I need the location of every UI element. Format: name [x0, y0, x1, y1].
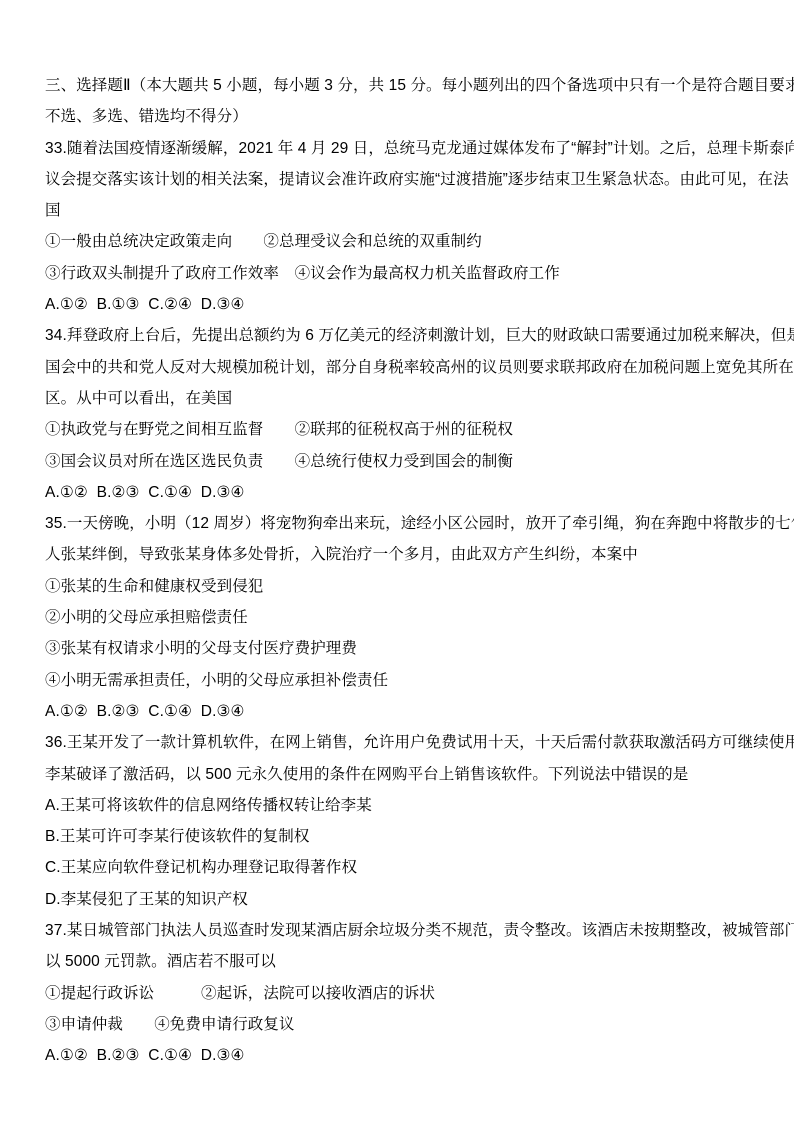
section-heading-line: 三、选择题Ⅱ（本大题共 5 小题，每小题 3 分，共 15 分。每小题列出的四个… [45, 70, 756, 101]
question-option-line: ①张某的生命和健康权受到侵犯 [45, 571, 756, 602]
question-35: 35.一天傍晚，小明（12 周岁）将宠物狗牵出来玩，途经小区公园时，放开了牵引绳… [45, 508, 756, 727]
question-stem-line: 人张某绊倒，导致张某身体多处骨折，入院治疗一个多月，由此双方产生纠纷，本案中 [45, 539, 756, 570]
section-heading: 三、选择题Ⅱ（本大题共 5 小题，每小题 3 分，共 15 分。每小题列出的四个… [45, 70, 756, 133]
question-stem-line: 区。从中可以看出，在美国 [45, 383, 756, 414]
question-stem-line: 34.拜登政府上台后，先提出总额约为 6 万亿美元的经济刺激计划，巨大的财政缺口… [45, 320, 756, 351]
question-stem-line: 33.随着法国疫情逐渐缓解，2021 年 4 月 29 日，总统马克龙通过媒体发… [45, 133, 756, 164]
question-stem-line: 37.某日城管部门执法人员巡查时发现某酒店厨余垃圾分类不规范，责令整改。该酒店未… [45, 915, 756, 946]
question-option-line: ③张某有权请求小明的父母支付医疗费护理费 [45, 633, 756, 664]
question-33: 33.随着法国疫情逐渐缓解，2021 年 4 月 29 日，总统马克龙通过媒体发… [45, 133, 756, 321]
question-stem-line: 35.一天傍晚，小明（12 周岁）将宠物狗牵出来玩，途经小区公园时，放开了牵引绳… [45, 508, 756, 539]
question-answer-line: A.①② B.②③ C.①④ D.③④ [45, 477, 756, 508]
exam-page: 三、选择题Ⅱ（本大题共 5 小题，每小题 3 分，共 15 分。每小题列出的四个… [0, 0, 794, 1123]
question-option-line: C.王某应向软件登记机构办理登记取得著作权 [45, 852, 756, 883]
question-stem-line: 36.王某开发了一款计算机软件，在网上销售，允许用户免费试用十天，十天后需付款获… [45, 727, 756, 758]
question-option-line: D.李某侵犯了王某的知识产权 [45, 884, 756, 915]
question-36: 36.王某开发了一款计算机软件，在网上销售，允许用户免费试用十天，十天后需付款获… [45, 727, 756, 915]
question-stem-line: 以 5000 元罚款。酒店若不服可以 [45, 946, 756, 977]
question-stem-line: 国会中的共和党人反对大规模加税计划，部分自身税率较高州的议员则要求联邦政府在加税… [45, 352, 756, 383]
question-stem-line: 李某破译了激活码，以 500 元永久使用的条件在网购平台上销售该软件。下列说法中… [45, 759, 756, 790]
question-34: 34.拜登政府上台后，先提出总额约为 6 万亿美元的经济刺激计划，巨大的财政缺口… [45, 320, 756, 508]
question-option-line: ①提起行政诉讼 ②起诉，法院可以接收酒店的诉状 [45, 978, 756, 1009]
question-answer-line: A.①② B.②③ C.①④ D.③④ [45, 1040, 756, 1071]
question-option-line: ③申请仲裁 ④免费申请行政复议 [45, 1009, 756, 1040]
question-option-line: ①一般由总统决定政策走向 ②总理受议会和总统的双重制约 [45, 226, 756, 257]
question-option-line: ③行政双头制提升了政府工作效率 ④议会作为最高权力机关监督政府工作 [45, 258, 756, 289]
question-option-line: ①执政党与在野党之间相互监督 ②联邦的征税权高于州的征税权 [45, 414, 756, 445]
question-37: 37.某日城管部门执法人员巡查时发现某酒店厨余垃圾分类不规范，责令整改。该酒店未… [45, 915, 756, 1071]
question-answer-line: A.①② B.①③ C.②④ D.③④ [45, 289, 756, 320]
question-stem-line: 国 [45, 195, 756, 226]
question-option-line: B.王某可许可李某行使该软件的复制权 [45, 821, 756, 852]
question-option-line: ③国会议员对所在选区选民负责 ④总统行使权力受到国会的制衡 [45, 446, 756, 477]
section-heading-line: 不选、多选、错选均不得分） [45, 101, 756, 132]
question-answer-line: A.①② B.②③ C.①④ D.③④ [45, 696, 756, 727]
question-stem-line: 议会提交落实该计划的相关法案，提请议会准许政府实施“过渡措施”逐步结束卫生紧急状… [45, 164, 756, 195]
question-option-line: A.王某可将该软件的信息网络传播权转让给李某 [45, 790, 756, 821]
question-option-line: ④小明无需承担责任，小明的父母应承担补偿责任 [45, 665, 756, 696]
question-option-line: ②小明的父母应承担赔偿责任 [45, 602, 756, 633]
